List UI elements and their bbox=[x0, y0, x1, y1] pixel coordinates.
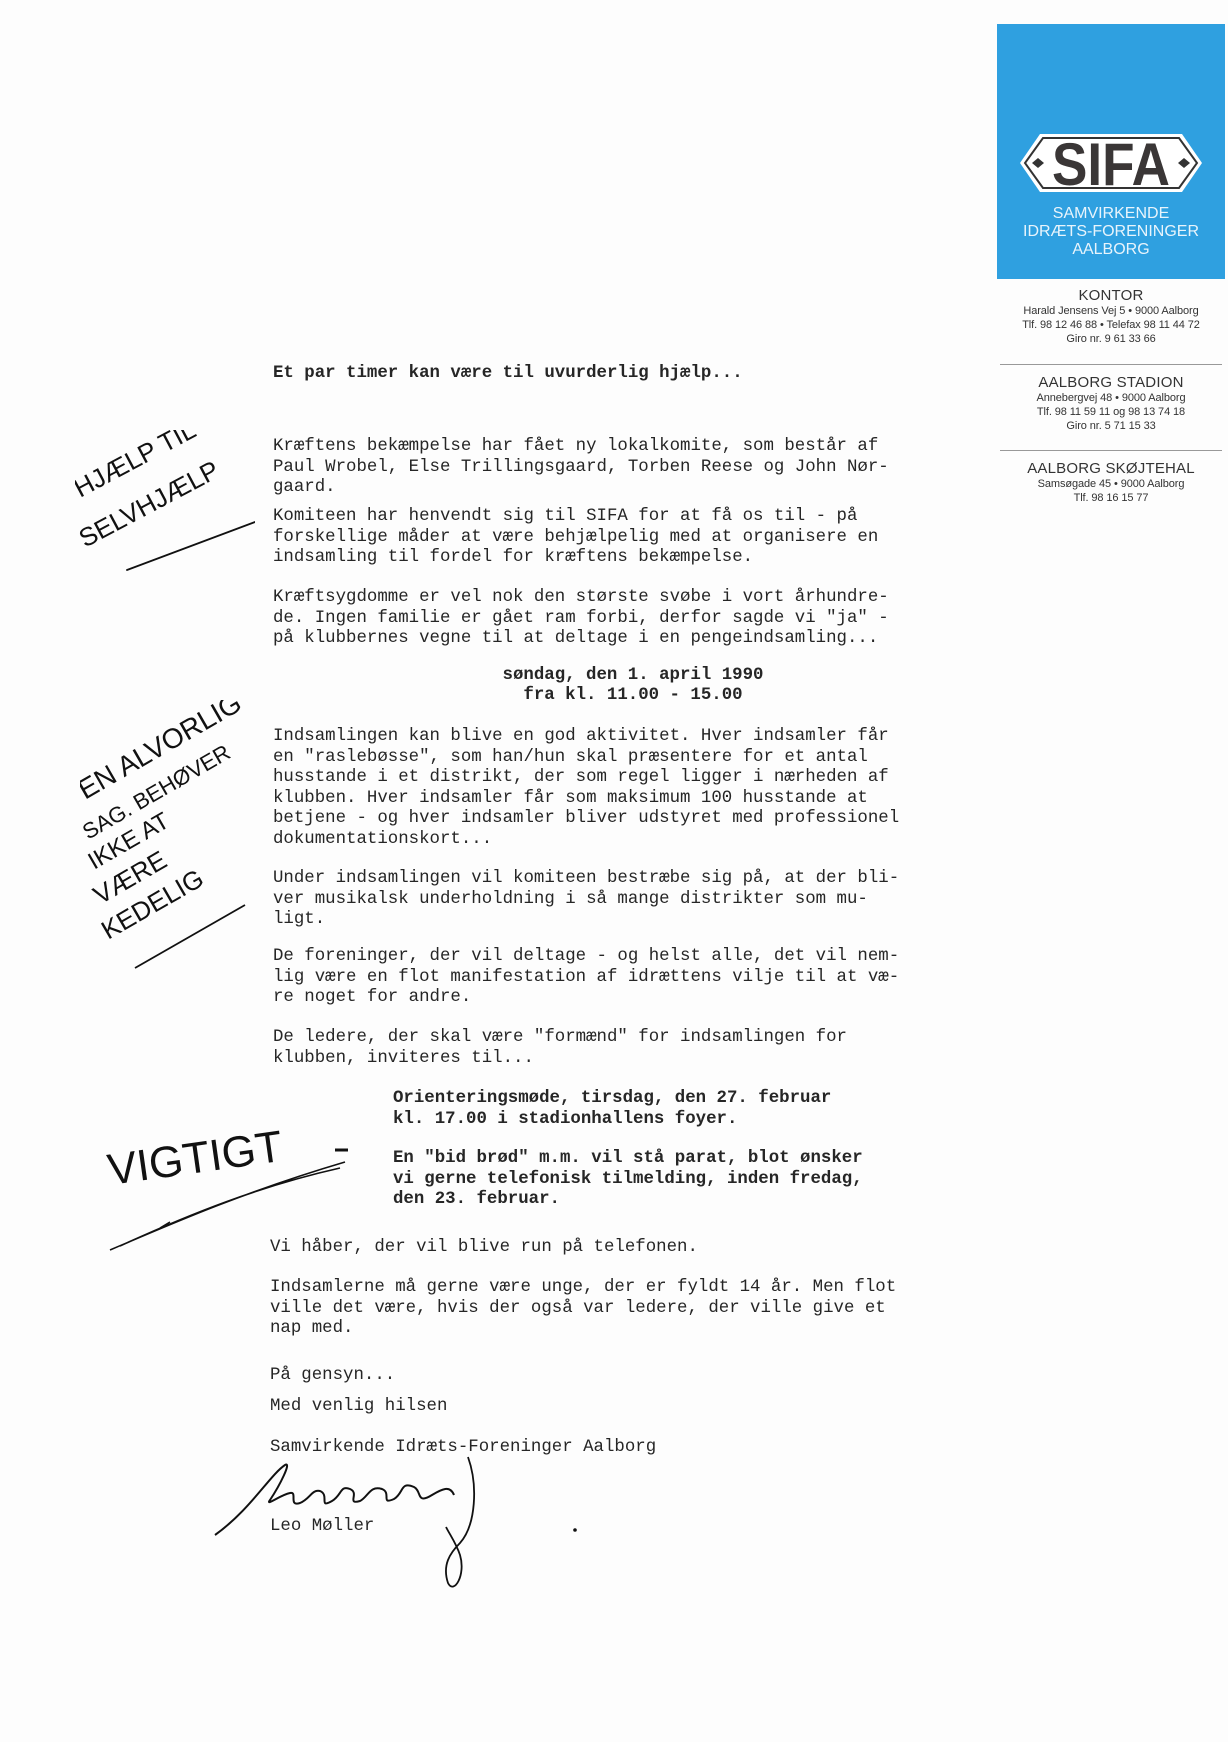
meeting-info: Orienteringsmøde, tirsdag, den 27. febru… bbox=[393, 1089, 831, 1130]
contact-heading: AALBORG SKØJTEHAL bbox=[997, 460, 1225, 477]
contact-address: Samsøgade 45 • 9000 Aalborg bbox=[997, 477, 1225, 491]
paragraph-1: Kræftens bekæmpelse har fået ny lokalkom… bbox=[273, 437, 889, 499]
paragraph-6: De foreninger, der vil deltage - og hels… bbox=[273, 947, 899, 1009]
contact-stadion: AALBORG STADION Annebergvej 48 • 9000 Aa… bbox=[997, 374, 1225, 433]
event-date: søndag, den 1. april 1990 bbox=[273, 666, 993, 687]
refreshments-info: En "bid brød" m.m. vil stå parat, blot ø… bbox=[393, 1149, 863, 1211]
handwritten-note-serious: EN ALVORLIG SAG. BEHØVER IKKE AT VÆRE KE… bbox=[80, 700, 270, 970]
contact-heading: AALBORG STADION bbox=[997, 374, 1225, 391]
contact-heading: KONTOR bbox=[997, 287, 1225, 304]
sign-off: Med venlig hilsen bbox=[270, 1397, 447, 1418]
closing-greeting: På gensyn... bbox=[270, 1366, 395, 1387]
paragraph-3: Kræftsygdomme er vel nok den største svø… bbox=[273, 588, 889, 650]
contact-skoejtehal: AALBORG SKØJTEHAL Samsøgade 45 • 9000 Aa… bbox=[997, 460, 1225, 505]
org-name-line-2: IDRÆTS-FORENINGER bbox=[997, 223, 1225, 241]
contact-giro: Giro nr. 5 71 15 33 bbox=[997, 419, 1225, 433]
divider bbox=[1000, 450, 1222, 451]
contact-kontor: KONTOR Harald Jensens Vej 5 • 9000 Aalbo… bbox=[997, 287, 1225, 346]
letter-title: Et par timer kan være til uvurderlig hjæ… bbox=[273, 364, 743, 385]
org-name-line-1: SAMVIRKENDE bbox=[997, 205, 1225, 223]
paragraph-5: Under indsamlingen vil komiteen bestræbe… bbox=[273, 869, 899, 931]
contact-address: Annebergvej 48 • 9000 Aalborg bbox=[997, 391, 1225, 405]
handwritten-note-important: VIGTIGT bbox=[100, 1110, 360, 1260]
contact-phone: Tlf. 98 16 15 77 bbox=[997, 491, 1225, 505]
divider bbox=[1000, 364, 1222, 365]
paragraph-4: Indsamlingen kan blive en god aktivitet.… bbox=[273, 727, 899, 850]
sifa-logo-badge: SIFA bbox=[1018, 130, 1204, 196]
event-time: fra kl. 11.00 - 15.00 bbox=[273, 686, 993, 707]
svg-text:VIGTIGT: VIGTIGT bbox=[105, 1122, 286, 1195]
contact-address: Harald Jensens Vej 5 • 9000 Aalborg bbox=[997, 304, 1225, 318]
org-name-line-3: AALBORG bbox=[997, 241, 1225, 259]
letter-page: SIFA SAMVIRKENDE IDRÆTS-FORENINGER AALBO… bbox=[0, 0, 1228, 1742]
paragraph-9: Indsamlerne må gerne være unge, der er f… bbox=[270, 1278, 896, 1340]
signature bbox=[210, 1455, 590, 1595]
svg-text:SIFA: SIFA bbox=[1052, 131, 1170, 196]
contact-phone: Tlf. 98 12 46 88 • Telefax 98 11 44 72 bbox=[997, 318, 1225, 332]
contact-giro: Giro nr. 9 61 33 66 bbox=[997, 332, 1225, 346]
paragraph-2: Komiteen har henvendt sig til SIFA for a… bbox=[273, 507, 878, 569]
paragraph-7: De ledere, der skal være "formænd" for i… bbox=[273, 1028, 847, 1069]
contact-phone: Tlf. 98 11 59 11 og 98 13 74 18 bbox=[997, 405, 1225, 419]
handwritten-note-help: HJÆLP TIL SELVHJÆLP bbox=[75, 430, 255, 580]
